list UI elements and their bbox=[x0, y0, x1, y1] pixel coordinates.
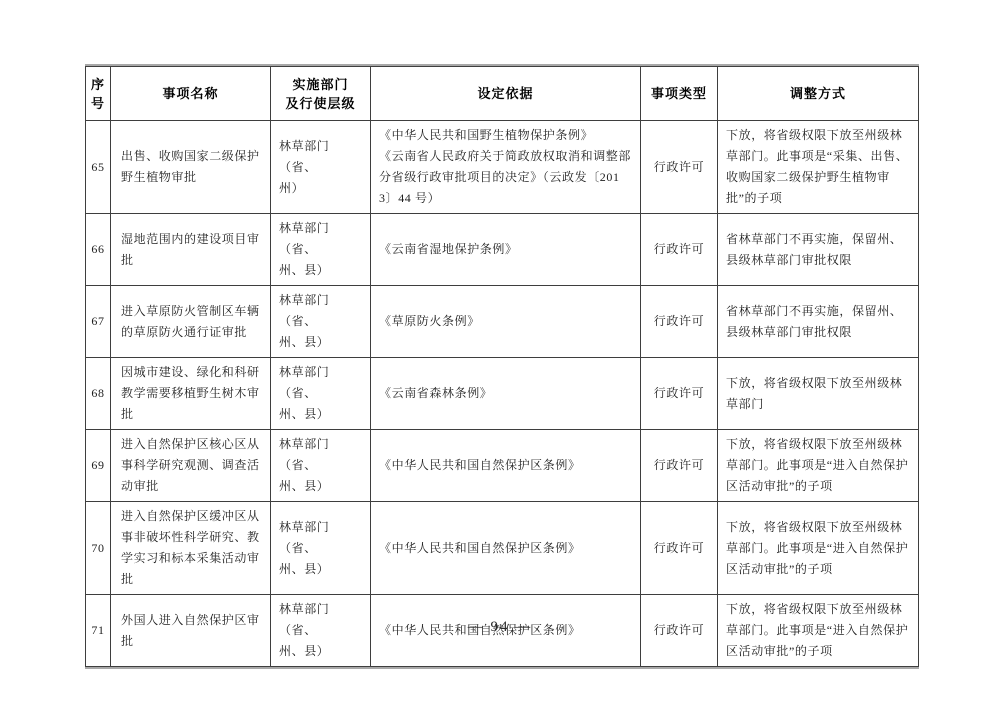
cell-dept: 林草部门（省、 州、县） bbox=[271, 286, 371, 358]
cell-adjust: 下放，将省级权限下放至州级林草部门。此事项是“进入自然保护区活动审批”的子项 bbox=[718, 430, 919, 502]
header-adjust: 调整方式 bbox=[718, 67, 919, 121]
cell-adjust: 省林草部门不再实施，保留州、县级林草部门审批权限 bbox=[718, 214, 919, 286]
cell-name: 进入草原防火管制区车辆的草原防火通行证审批 bbox=[111, 286, 271, 358]
header-name: 事项名称 bbox=[111, 67, 271, 121]
cell-type: 行政许可 bbox=[641, 121, 718, 214]
cell-dept: 林草部门（省、 州） bbox=[271, 121, 371, 214]
cell-adjust: 下放，将省级权限下放至州级林草部门。此事项是“采集、出售、收购国家二级保护野生植… bbox=[718, 121, 919, 214]
table-body: 65 出售、收购国家二级保护野生植物审批 林草部门（省、 州） 《中华人民共和国… bbox=[86, 121, 919, 667]
cell-dept: 林草部门（省、 州、县） bbox=[271, 358, 371, 430]
cell-name: 因城市建设、绿化和科研教学需要移植野生树木审批 bbox=[111, 358, 271, 430]
cell-name: 出售、收购国家二级保护野生植物审批 bbox=[111, 121, 271, 214]
cell-type: 行政许可 bbox=[641, 286, 718, 358]
cell-no: 68 bbox=[86, 358, 111, 430]
cell-basis: 《中华人民共和国自然保护区条例》 bbox=[371, 502, 641, 595]
document-page: { "table": { "headers": { "no": ["序", "号… bbox=[0, 0, 1000, 707]
cell-basis: 《中华人民共和国自然保护区条例》 bbox=[371, 430, 641, 502]
table-row: 66 湿地范围内的建设项目审批 林草部门（省、 州、县） 《云南省湿地保护条例》… bbox=[86, 214, 919, 286]
cell-dept: 林草部门（省、 州、县） bbox=[271, 214, 371, 286]
header-row: 序 号 事项名称 实施部门 及行使层级 设定依据 事项类型 调整方式 bbox=[86, 67, 919, 121]
cell-adjust: 下放，将省级权限下放至州级林草部门 bbox=[718, 358, 919, 430]
header-no: 序 号 bbox=[86, 67, 111, 121]
cell-name: 湿地范围内的建设项目审批 bbox=[111, 214, 271, 286]
header-basis: 设定依据 bbox=[371, 67, 641, 121]
cell-type: 行政许可 bbox=[641, 502, 718, 595]
cell-no: 70 bbox=[86, 502, 111, 595]
table-row: 65 出售、收购国家二级保护野生植物审批 林草部门（省、 州） 《中华人民共和国… bbox=[86, 121, 919, 214]
cell-no: 69 bbox=[86, 430, 111, 502]
cell-type: 行政许可 bbox=[641, 430, 718, 502]
cell-no: 67 bbox=[86, 286, 111, 358]
approval-items-table: 序 号 事项名称 实施部门 及行使层级 设定依据 事项类型 调整方式 65 出售… bbox=[85, 66, 919, 667]
cell-dept: 林草部门（省、 州、县） bbox=[271, 502, 371, 595]
cell-no: 66 bbox=[86, 214, 111, 286]
cell-name: 进入自然保护区核心区从事科学研究观测、调查活动审批 bbox=[111, 430, 271, 502]
cell-basis: 《中华人民共和国野生植物保护条例》 《云南省人民政府关于简政放权取消和调整部分省… bbox=[371, 121, 641, 214]
cell-no: 65 bbox=[86, 121, 111, 214]
cell-adjust: 省林草部门不再实施，保留州、县级林草部门审批权限 bbox=[718, 286, 919, 358]
cell-adjust: 下放，将省级权限下放至州级林草部门。此事项是“进入自然保护区活动审批”的子项 bbox=[718, 502, 919, 595]
header-type: 事项类型 bbox=[641, 67, 718, 121]
table-row: 69 进入自然保护区核心区从事科学研究观测、调查活动审批 林草部门（省、 州、县… bbox=[86, 430, 919, 502]
cell-basis: 《云南省湿地保护条例》 bbox=[371, 214, 641, 286]
cell-type: 行政许可 bbox=[641, 358, 718, 430]
header-dept: 实施部门 及行使层级 bbox=[271, 67, 371, 121]
cell-basis: 《云南省森林条例》 bbox=[371, 358, 641, 430]
page-number: — 94 — bbox=[0, 619, 1000, 636]
cell-basis: 《草原防火条例》 bbox=[371, 286, 641, 358]
cell-dept: 林草部门（省、 州、县） bbox=[271, 430, 371, 502]
table-row: 70 进入自然保护区缓冲区从事非破坏性科学研究、教学实习和标本采集活动审批 林草… bbox=[86, 502, 919, 595]
cell-type: 行政许可 bbox=[641, 214, 718, 286]
cell-name: 进入自然保护区缓冲区从事非破坏性科学研究、教学实习和标本采集活动审批 bbox=[111, 502, 271, 595]
table-row: 67 进入草原防火管制区车辆的草原防火通行证审批 林草部门（省、 州、县） 《草… bbox=[86, 286, 919, 358]
table-sheet: 序 号 事项名称 实施部门 及行使层级 设定依据 事项类型 调整方式 65 出售… bbox=[85, 66, 918, 667]
table-header: 序 号 事项名称 实施部门 及行使层级 设定依据 事项类型 调整方式 bbox=[86, 67, 919, 121]
table-row: 68 因城市建设、绿化和科研教学需要移植野生树木审批 林草部门（省、 州、县） … bbox=[86, 358, 919, 430]
